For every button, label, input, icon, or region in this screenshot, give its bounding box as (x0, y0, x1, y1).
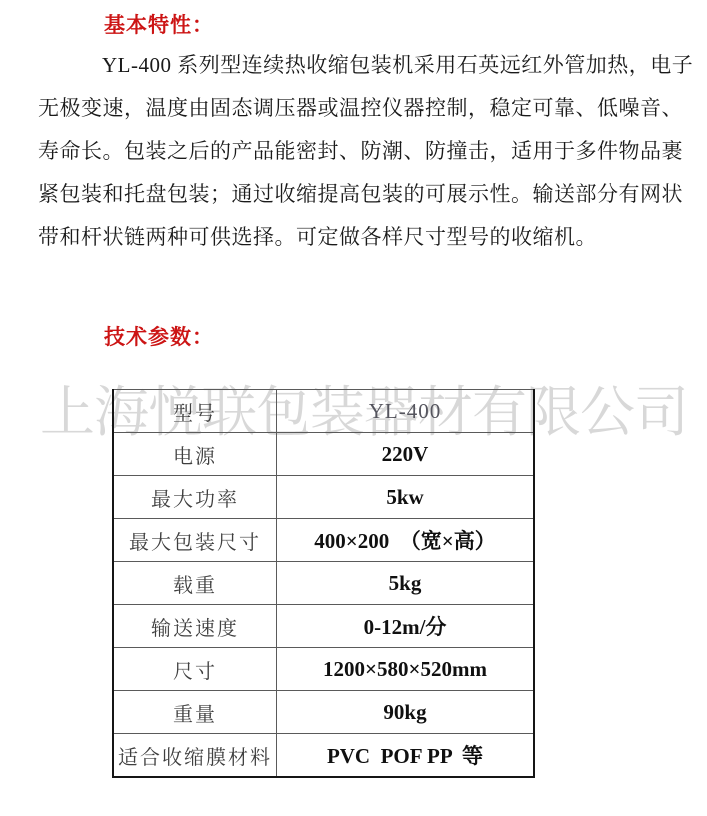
paragraph-line: YL-400 系列型连续热收缩包装机采用石英远红外管加热，电子 (38, 44, 693, 87)
spec-value-cell: PVC POF PP 等 (277, 734, 535, 778)
paragraph-line: 带和杆状链两种可供选择。可定做各样尺寸型号的收缩机。 (38, 216, 693, 259)
spec-label-cell: 尺寸 (113, 648, 277, 691)
paragraph-line: 无极变速，温度由固态调压器或温控仪器控制，稳定可靠、低噪音、 (38, 87, 693, 130)
spec-label-cell: 型号 (113, 390, 277, 433)
section-heading-features: 基本特性： (104, 9, 214, 39)
spec-label-cell: 载重 (113, 562, 277, 605)
table-row: 重量 90kg (113, 691, 534, 734)
spec-value-cell: 1200×580×520mm (277, 648, 535, 691)
table-row: 最大功率 5kw (113, 476, 534, 519)
spec-value-cell: 5kg (277, 562, 535, 605)
spec-label-cell: 重量 (113, 691, 277, 734)
spec-value-cell: 5kw (277, 476, 535, 519)
table-row: 适合收缩膜材料 PVC POF PP 等 (113, 734, 534, 778)
table-row: 最大包装尺寸 400×200 （宽×高） (113, 519, 534, 562)
table-row: 电源 220V (113, 433, 534, 476)
spec-label-cell: 输送速度 (113, 605, 277, 648)
table-row: 尺寸 1200×580×520mm (113, 648, 534, 691)
table-row: 输送速度 0-12m/分 (113, 605, 534, 648)
section-heading-specs: 技术参数： (104, 321, 214, 351)
spec-label-cell: 最大功率 (113, 476, 277, 519)
spec-value-cell: 400×200 （宽×高） (277, 519, 535, 562)
table-row: 载重 5kg (113, 562, 534, 605)
specs-table: 型号 YL-400 电源 220V 最大功率 5kw 最大包装尺寸 400×20… (112, 389, 535, 778)
document-page: 基本特性： YL-400 系列型连续热收缩包装机采用石英远红外管加热，电子 无极… (0, 0, 707, 816)
spec-label-cell: 电源 (113, 433, 277, 476)
paragraph-line: 紧包装和托盘包装；通过收缩提高包装的可展示性。输送部分有网状 (38, 173, 693, 216)
table-row: 型号 YL-400 (113, 390, 534, 433)
spec-value-cell: YL-400 (277, 390, 535, 433)
spec-value-cell: 90kg (277, 691, 535, 734)
spec-label-cell: 适合收缩膜材料 (113, 734, 277, 778)
features-paragraph: YL-400 系列型连续热收缩包装机采用石英远红外管加热，电子 无极变速，温度由… (38, 44, 693, 259)
spec-label-cell: 最大包装尺寸 (113, 519, 277, 562)
spec-value-cell: 220V (277, 433, 535, 476)
paragraph-line: 寿命长。包装之后的产品能密封、防潮、防撞击，适用于多件物品裹 (38, 130, 693, 173)
spec-value-cell: 0-12m/分 (277, 605, 535, 648)
